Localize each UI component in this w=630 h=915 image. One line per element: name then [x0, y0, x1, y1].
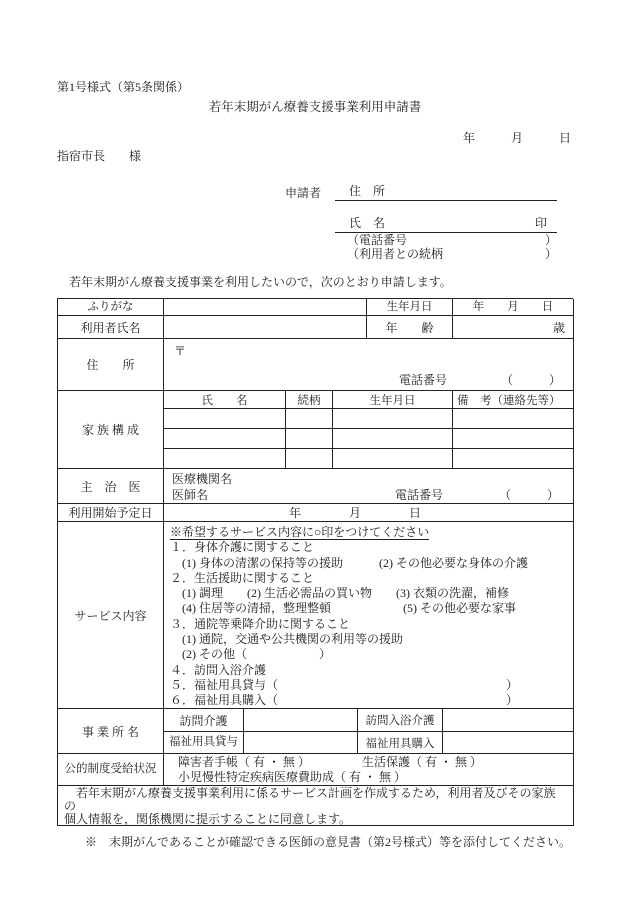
family-birth-cell [333, 429, 453, 449]
address-phone: 電話番号 （ ） [399, 371, 561, 388]
family-relation-cell [286, 409, 333, 429]
doctor-org-label: 医療機関名 [172, 471, 573, 487]
attachment-note: ※ 末期がんであることが確認できる医師の意見書（第2号様式）等を添付してください… [57, 835, 573, 850]
furigana-row: ふりがな 生年月日 年 月 日 [58, 299, 573, 316]
family-label: 家 族 構 成 [58, 391, 164, 469]
applicant-name-field: 氏 名 印 [335, 214, 557, 233]
furigana-label: ふりがな [58, 299, 164, 316]
doctor-row: 主 治 医 医療機関名 医師名 電話番号 （ ） [58, 469, 573, 504]
office-rental-label: 福祉用具貸与 [164, 732, 244, 754]
doctor-name-line: 医師名 電話番号 （ ） [172, 487, 573, 503]
name-label: 氏 名 [349, 214, 385, 231]
family-row [164, 409, 574, 429]
applicant-address-field: 住 所 [335, 182, 557, 201]
family-note-cell [453, 409, 574, 429]
office-bath-cell [443, 709, 574, 732]
welfare-option: 生活保護（ 有 ・ 無 ） [362, 755, 482, 770]
office-row: 訪問介護 訪問入浴介護 [164, 709, 574, 732]
address-row: 住 所 〒 電話番号 （ ） [58, 339, 573, 391]
birth-label: 生年月日 [367, 299, 453, 316]
applicant-address-line: 申請者 住 所 [285, 182, 573, 201]
service-note: ※希望するサービス内容に○印をつけてください [170, 525, 429, 540]
address-value-cell: 〒 電話番号 （ ） [164, 339, 574, 391]
phone-close: ） [545, 233, 557, 247]
public-aid-label: 公的制度受給状況 [58, 754, 164, 786]
doctor-phone-label: 電話番号 [395, 487, 443, 503]
service-item: (2) その他（ ） [170, 647, 567, 662]
office-row: 福祉用具貸与 福祉用具購入 [164, 732, 574, 754]
service-item: (4) 住居等の清掃，整理整頓 (5) その他必要な家事 [170, 601, 567, 616]
applicant-phone-line: （電話番号 ） [335, 233, 557, 247]
service-item: １．身体介護に関すること [170, 540, 567, 555]
office-purchase-label: 福祉用具購入 [358, 732, 443, 754]
phone-open: （電話番号 [347, 233, 407, 247]
page-title: 若年末期がん療養支援事業利用申請書 [57, 99, 573, 115]
public-aid-cell: 障害者手帳（ 有 ・ 無 ） 生活保護（ 有 ・ 無 ） 小児慢性特定疾病医療費… [164, 754, 574, 786]
consent-text-line1: 若年末期がん療養支援事業利用に係るサービス計画を作成するため，利用者及びその家族… [64, 787, 567, 813]
consent-text-line2: 個人情報を，関係機関に提示することに同意します。 [64, 813, 567, 826]
start-date-value: 年 月 日 [164, 504, 574, 522]
family-header-birth: 生年月日 [333, 391, 453, 409]
date-line: 年 月 日 [57, 131, 573, 146]
service-label: サービス内容 [58, 522, 164, 709]
consent-row: 若年末期がん療養支援事業利用に係るサービス計画を作成するため，利用者及びその家族… [58, 786, 573, 826]
service-item: ６．福祉用具購入（ ） [170, 693, 567, 708]
office-label: 事 業 所 名 [58, 709, 164, 754]
family-row-group: 家 族 構 成 氏 名 続柄 生年月日 備 考（連絡先等） [58, 391, 573, 469]
postal-mark: 〒 [174, 342, 186, 359]
addressee: 指宿市長 様 [57, 149, 573, 164]
service-item: (1) 身体の清潔の保持等の援助 (2) その他必要な身体の介護 [170, 556, 567, 571]
office-row-group: 事 業 所 名 訪問介護 訪問入浴介護 福祉用具貸与 福祉用具購入 [58, 709, 573, 754]
consent-cell: 若年末期がん療養支援事業利用に係るサービス計画を作成するため，利用者及びその家族… [58, 786, 574, 826]
applicant-relation-line: （利用者との続柄 ） [335, 247, 557, 261]
doctor-label: 主 治 医 [58, 469, 164, 504]
family-name-cell [164, 409, 286, 429]
family-header-name: 氏 名 [164, 391, 286, 409]
service-item: ２．生活援助に関すること [170, 571, 567, 586]
family-row [164, 449, 574, 469]
user-name-label: 利用者氏名 [58, 316, 164, 339]
service-item: ５．福祉用具貸与（ ） [170, 678, 567, 693]
office-bath-label: 訪問入浴介護 [358, 709, 443, 732]
service-item: (1) 通院，交通や公共機関の利用等の援助 [170, 632, 567, 647]
doctor-name-label: 医師名 [172, 487, 208, 503]
family-note-cell [453, 429, 574, 449]
service-note-line: ※希望するサービス内容に○印をつけてください [170, 525, 567, 540]
doctor-value-cell: 医療機関名 医師名 電話番号 （ ） [164, 469, 574, 504]
family-relation-cell [286, 449, 333, 469]
office-rental-cell [244, 732, 358, 754]
disability-book-option: 障害者手帳（ 有 ・ 無 ） [178, 755, 310, 770]
start-date-row: 利用開始予定日 年 月 日 [58, 504, 573, 522]
family-header-note: 備 考（連絡先等） [453, 391, 574, 409]
family-row [164, 429, 574, 449]
service-item: ３．通院等乗降介助に関すること [170, 617, 567, 632]
seal-label: 印 [535, 214, 547, 231]
public-aid-line1: 障害者手帳（ 有 ・ 無 ） 生活保護（ 有 ・ 無 ） [178, 755, 573, 770]
family-name-cell [164, 429, 286, 449]
birth-value: 年 月 日 [453, 299, 574, 316]
family-note-cell [453, 449, 574, 469]
start-date-label: 利用開始予定日 [58, 504, 164, 522]
application-table: ふりがな 生年月日 年 月 日 利用者氏名 年 齢 歳 住 所 〒 電話番号 （… [57, 298, 573, 826]
family-relation-cell [286, 429, 333, 449]
family-subtable: 氏 名 続柄 生年月日 備 考（連絡先等） [164, 391, 574, 469]
office-purchase-cell [443, 732, 574, 754]
family-header-relation: 続柄 [286, 391, 333, 409]
relation-close: ） [545, 247, 557, 261]
pediatric-aid-option: 小児慢性特定疾病医療費助成（ 有 ・ 無 ） [178, 770, 573, 785]
family-birth-cell [333, 449, 453, 469]
applicant-block: 申請者 住 所 氏 名 印 （電話番号 ） （利用者との続柄 ） [285, 182, 573, 261]
application-form-page: 第1号様式（第5条関係） 若年末期がん療養支援事業利用申請書 年 月 日 指宿市… [0, 0, 630, 915]
service-item: (1) 調理 (2) 生活必需品の買い物 (3) 衣類の洗濯，補修 [170, 586, 567, 601]
spacer [310, 755, 362, 770]
form-id: 第1号様式（第5条関係） [57, 80, 573, 95]
age-label: 年 齢 [367, 316, 453, 339]
family-header-row: 氏 名 続柄 生年月日 備 考（連絡先等） [164, 391, 574, 409]
age-value-cell: 歳 [453, 316, 574, 339]
family-name-cell [164, 449, 286, 469]
family-birth-cell [333, 409, 453, 429]
service-content-cell: ※希望するサービス内容に○印をつけてください １．身体介護に関すること (1) … [164, 522, 574, 709]
address-row-label: 住 所 [58, 339, 164, 391]
doctor-phone-value: （ ） [499, 487, 559, 503]
office-subtable: 訪問介護 訪問入浴介護 福祉用具貸与 福祉用具購入 [164, 709, 574, 754]
applicant-name-line: 氏 名 印 [335, 214, 573, 233]
user-name-row: 利用者氏名 年 齢 歳 [58, 316, 573, 339]
address-label: 住 所 [349, 182, 385, 199]
office-homecare-label: 訪問介護 [164, 709, 244, 732]
service-item: ４．訪問入浴介護 [170, 663, 567, 678]
relation-open: （利用者との続柄 [347, 247, 443, 261]
intro-sentence: 若年末期がん療養支援事業を利用したいので，次のとおり申請します。 [57, 275, 573, 290]
office-homecare-cell [244, 709, 358, 732]
furigana-value-cell [164, 299, 367, 316]
user-name-value-cell [164, 316, 367, 339]
service-row: サービス内容 ※希望するサービス内容に○印をつけてください １．身体介護に関する… [58, 522, 573, 709]
public-aid-row: 公的制度受給状況 障害者手帳（ 有 ・ 無 ） 生活保護（ 有 ・ 無 ） 小児… [58, 754, 573, 786]
applicant-label: 申請者 [285, 184, 321, 201]
